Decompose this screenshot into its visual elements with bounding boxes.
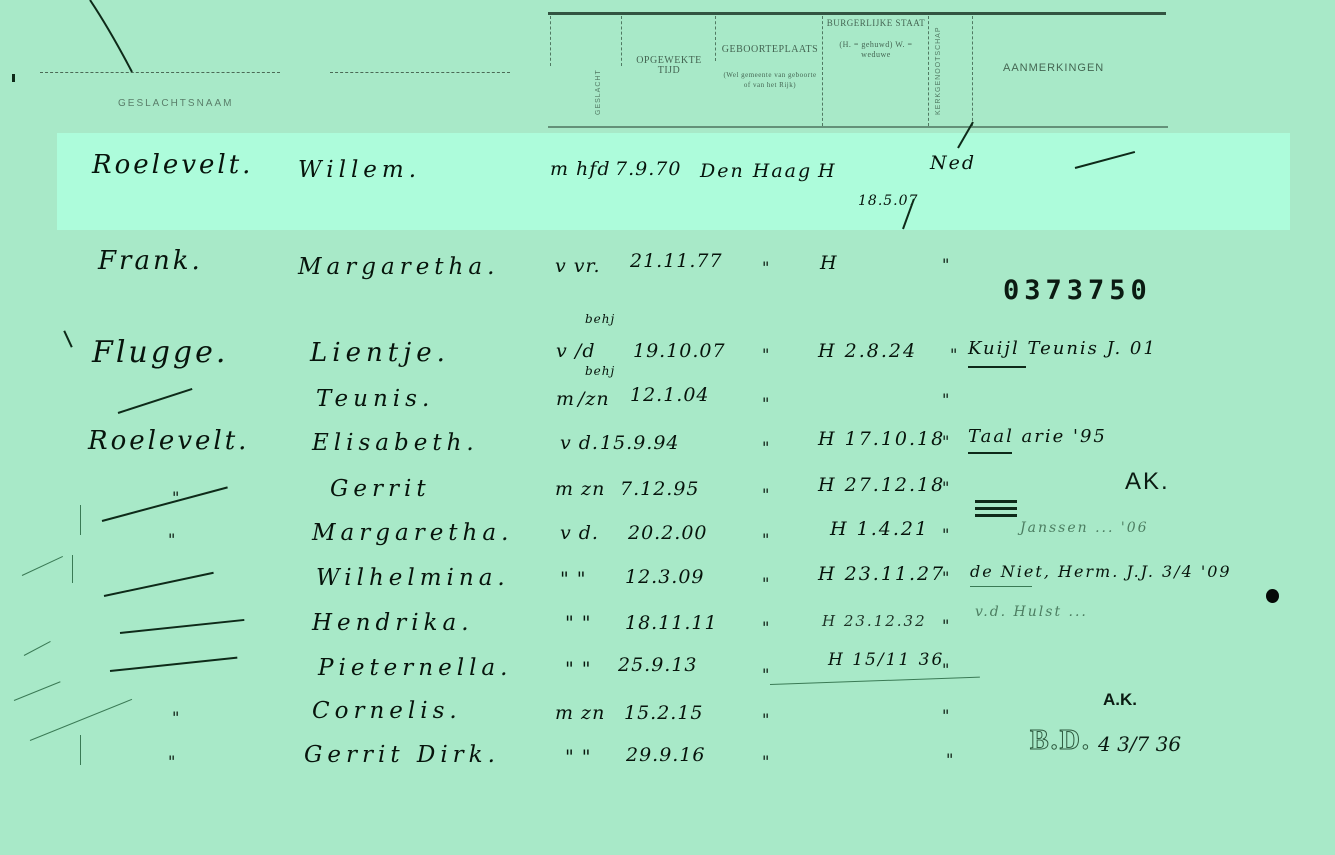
row-10-relation: m zn (555, 702, 605, 724)
row-2-relation-sub: /d (575, 340, 596, 362)
row-3-birthdate[interactable]: 12.1.04 (630, 384, 710, 406)
faint-annotation-line (770, 677, 980, 685)
struck-out-mark (975, 500, 1017, 521)
row-6-given-name[interactable]: Margaretha. (312, 520, 513, 546)
column-divider (822, 16, 824, 126)
margin-tick (80, 735, 81, 765)
column-divider (972, 16, 974, 126)
annotation-ak: AK. (1125, 468, 1170, 496)
row-6-church: " (942, 525, 951, 544)
column-header-civil-status: BURGERLIJKE STAAT (826, 18, 926, 28)
row-11-surname-ditto: " (168, 752, 177, 771)
row-2-civil-status: H 2.8.24 (818, 340, 917, 362)
column-header-birthdate: OPGEWEKTE TIJD (625, 56, 713, 76)
row-10-surname-ditto: " (172, 708, 181, 727)
annotation-ak-small: A.K. (1103, 690, 1137, 710)
row-8-birthplace: " (762, 618, 771, 637)
row-6-relation: v d. (560, 522, 599, 544)
row-4-birthplace: " (762, 438, 771, 457)
row-5-civil-status: H 27.12.18 (818, 474, 945, 496)
row-8-remarks[interactable]: v.d. Hulst ... (975, 604, 1088, 620)
row-7-birthplace: " (762, 574, 771, 593)
ditto-stroke (102, 486, 228, 522)
margin-tick (80, 505, 81, 535)
row-9-church: " (942, 660, 951, 679)
row-2-birthplace: " (762, 345, 771, 364)
row-2-remarks[interactable]: Kuijl Teunis J. 01 (968, 338, 1157, 359)
row-7-birthdate[interactable]: 12.3.09 (625, 566, 705, 588)
column-subheader-civil-status: (H. = gehuwd) W. = weduwe (826, 40, 926, 60)
row-8-given-name[interactable]: Hendrika. (312, 610, 474, 636)
row-8-birthdate[interactable]: 18.11.11 (625, 612, 718, 634)
row-7-given-name[interactable]: Wilhelmina. (316, 565, 510, 591)
ditto-stroke (118, 388, 193, 414)
column-divider (928, 16, 930, 126)
row-7-civil-status: H 23.11.27 (818, 563, 945, 585)
row-1-birthplace: " (762, 258, 771, 277)
row-2-birthdate[interactable]: 19.10.07 (633, 340, 726, 362)
ditto-stroke (120, 619, 245, 634)
faint-stroke (24, 641, 51, 656)
row-2-surname[interactable]: Flugge. (92, 335, 228, 370)
header-top-rule (548, 12, 1166, 15)
bd-stamp-date: 4 3/7 36 (1098, 732, 1181, 756)
archive-stamp-number: 0373750 (1003, 275, 1152, 306)
underline (970, 586, 1032, 587)
row-3-relation: m (556, 388, 575, 410)
row-0-given-name[interactable]: Willem. (298, 157, 421, 183)
row-4-remarks[interactable]: Taal arie '95 (968, 426, 1107, 447)
row-1-relation: v vr. (555, 255, 601, 277)
margin-tick (72, 555, 73, 583)
row-0-church: Ned (930, 152, 976, 174)
row-6-surname-ditto: " (168, 530, 177, 549)
column-subheader-birthplace: (Wel gemeente van geboorte of van het Ri… (720, 70, 820, 90)
row-9-birthdate[interactable]: 25.9.13 (618, 654, 698, 676)
punch-hole (1266, 589, 1279, 603)
row-5-relation: m zn (555, 478, 605, 500)
header-dotted-line (40, 72, 280, 74)
column-header-birthplace: GEBOORTEPLAATS (720, 45, 820, 55)
row-1-given-name[interactable]: Margaretha. (298, 254, 499, 280)
header-bottom-rule (548, 126, 1168, 128)
row-5-church: " (942, 478, 951, 497)
row-1-birthdate[interactable]: 21.11.77 (630, 250, 723, 272)
faint-stroke (14, 681, 61, 701)
row-3-given-name[interactable]: Teunis. (316, 386, 434, 412)
row-8-relation: " " (565, 612, 592, 634)
row-6-civil-status: H 1.4.21 (830, 518, 929, 540)
row-9-civil-status: H 15/11 36 (828, 650, 944, 670)
row-5-given-name[interactable]: Gerrit (330, 476, 431, 502)
row-9-birthplace: " (762, 665, 771, 684)
row-3-relation-sup: behj (585, 364, 615, 378)
row-7-remarks[interactable]: de Niet, Herm. J.J. 3/4 '09 (970, 562, 1232, 581)
row-0-civil-status: H (818, 160, 837, 182)
column-divider (715, 16, 717, 61)
row-highlight (57, 133, 1290, 230)
row-0-relation: m hfd (550, 158, 611, 180)
row-2-given-name[interactable]: Lientje. (310, 338, 450, 368)
row-6-birthplace: " (762, 530, 771, 549)
row-7-relation: " " (560, 568, 587, 590)
row-2-relation-sup: behj (585, 312, 615, 326)
row-4-surname[interactable]: Roelevelt. (88, 426, 249, 456)
row-4-civil-status: H 17.10.18 (818, 428, 945, 450)
row-4-given-name[interactable]: Elisabeth. (312, 430, 479, 456)
row-0-birthplace[interactable]: Den Haag (700, 160, 812, 182)
row-1-surname[interactable]: Frank. (98, 246, 203, 276)
row-3-relation-sub: /zn (578, 388, 610, 410)
row-8-civil-status: H 23.12.32 (822, 612, 927, 630)
row-11-given-name[interactable]: Gerrit Dirk. (304, 742, 500, 768)
row-10-church: " (942, 706, 951, 725)
row-7-church: " (942, 568, 951, 587)
row-2-relation: v (556, 340, 568, 362)
row-11-birthdate[interactable]: 29.9.16 (626, 744, 706, 766)
header-label-surname: GESLACHTSNAAM (118, 98, 233, 109)
ditto-stroke (104, 572, 214, 597)
row-4-church: " (942, 432, 951, 451)
row-1-church: " (942, 255, 951, 274)
ditto-stroke (110, 657, 238, 672)
ink-mark (12, 74, 15, 82)
pen-stroke-curve (80, 0, 160, 80)
row-6-remarks[interactable]: Janssen ... '06 (1020, 520, 1149, 536)
row-1-civil-status: H (820, 252, 839, 274)
row-5-birthdate[interactable]: 7.12.95 (620, 478, 700, 500)
column-header-sex: GESLACHT (595, 20, 602, 115)
row-8-church: " (942, 616, 951, 635)
row-5-birthplace: " (762, 485, 771, 504)
row-10-birthplace: " (762, 710, 771, 729)
header-dotted-line (330, 72, 510, 74)
margin-mark (63, 330, 72, 347)
row-5-surname-ditto: " (172, 488, 181, 507)
row-11-birthplace: " (762, 752, 771, 771)
row-4-relation: v d. (560, 432, 599, 454)
row-2-church: " (950, 345, 959, 364)
row-6-birthdate[interactable]: 20.2.00 (628, 522, 708, 544)
faint-stroke (22, 556, 63, 576)
row-11-relation: " " (565, 746, 592, 768)
row-3-birthplace: " (762, 394, 771, 413)
row-3-church: " (942, 390, 951, 409)
row-4-birthdate[interactable]: 15.9.94 (600, 432, 680, 454)
column-header-remarks: AANMERKINGEN (1003, 62, 1104, 74)
row-10-birthdate[interactable]: 15.2.15 (624, 702, 704, 724)
column-divider (550, 16, 552, 66)
column-divider (621, 16, 623, 66)
bd-stamp: B.D. (1030, 725, 1091, 757)
row-9-given-name[interactable]: Pieternella. (318, 655, 512, 681)
row-11-church: " (946, 750, 955, 769)
row-10-given-name[interactable]: Cornelis. (312, 698, 462, 724)
column-header-church: KERKGENOOTSCHAP (935, 20, 942, 115)
underline (968, 452, 1012, 454)
row-0-birthdate[interactable]: 7.9.70 (615, 158, 681, 180)
underline (968, 366, 1026, 368)
row-9-relation: " " (565, 658, 592, 680)
row-0-surname[interactable]: Roelevelt. (92, 150, 253, 180)
